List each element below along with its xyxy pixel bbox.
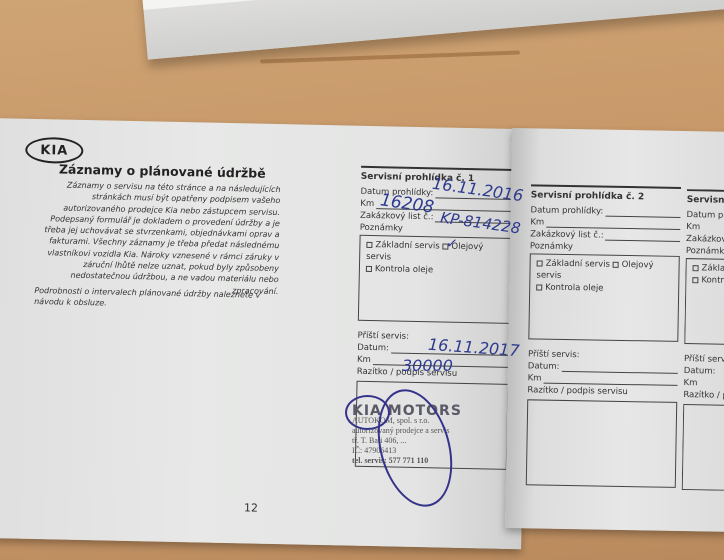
oil-check-label: Kontrola oleje	[701, 275, 724, 286]
checkbox	[537, 260, 543, 266]
km-label: Km	[530, 217, 544, 227]
checkbox	[536, 284, 542, 290]
form-rule	[687, 189, 724, 194]
next-km-label: Km	[528, 373, 542, 383]
oil-check-label: Kontrola oleje	[375, 264, 433, 275]
service-form-2: Servisní prohlídka č. 2 Datum prohlídky:…	[526, 184, 681, 488]
notes-box: Základní servis Olejový servis Kontrola …	[528, 253, 679, 342]
notes-label: Poznámky	[360, 223, 403, 234]
date-label: Datum prohlídky:	[686, 210, 724, 221]
next-label: Příští servis:	[528, 349, 580, 360]
basic-service-label: Základní servis	[546, 259, 611, 270]
checkbox	[366, 241, 372, 247]
oil-check-label: Kontrola oleje	[545, 283, 603, 294]
page-title: Záznamy o plánované údržbě	[59, 161, 266, 180]
basic-service-label: Základní servis	[375, 240, 440, 251]
form-rule	[531, 184, 681, 189]
notes-box: Základní servis Olejový servis Kontrola …	[358, 235, 512, 324]
form-rule	[361, 166, 513, 171]
next-date-label: Datum:	[357, 343, 389, 354]
note-text: Podrobnosti o intervalech plánované údrž…	[34, 285, 274, 313]
box-top: KIA	[140, 0, 472, 10]
signature-loop-small	[345, 395, 390, 430]
basic-service-label: Základní servis	[701, 263, 724, 274]
notes-box: Základní servis Kontrola oleje	[684, 258, 724, 347]
notes-label: Poznámky	[686, 246, 724, 257]
next-date-label: Datum:	[684, 366, 716, 377]
handwritten-check: ✓	[445, 235, 459, 252]
checkbox	[692, 277, 698, 283]
stamp-label: Razítko / podpis servisu	[683, 390, 724, 402]
next-label: Příští servis:	[357, 331, 409, 342]
stamp-row: Razítko / podpis servisu	[683, 388, 724, 403]
handwritten-next-km: 30000	[402, 356, 453, 375]
next-date-label: Datum:	[528, 361, 560, 372]
date-line	[605, 209, 680, 218]
stamp-box	[526, 399, 677, 488]
order-label: Zakázkový list č.:	[530, 229, 604, 240]
checkbox	[366, 265, 372, 271]
kia-logo: KIA	[25, 137, 84, 164]
service-form-3: Servisní proh... Datum prohlídky: Km Zak…	[682, 189, 724, 493]
next-km-label: Km	[357, 355, 371, 365]
next-km-label: Km	[683, 378, 697, 388]
km-label: Km	[360, 199, 374, 209]
checkbox	[613, 261, 619, 267]
order-line	[606, 233, 681, 242]
km-label: Km	[686, 222, 700, 232]
page-number: 12	[244, 501, 258, 514]
order-label: Zakázkový list č.:	[686, 234, 724, 245]
stamp-label: Razítko / podpis servisu	[527, 385, 628, 397]
box-logo: KIA	[176, 0, 242, 8]
right-page: Servisní prohlídka č. 2 Datum prohlídky:…	[505, 128, 724, 532]
notes-label: Poznámky	[530, 241, 573, 252]
intro-text: Záznamy o servisu na této stránce a na n…	[38, 179, 280, 297]
form-heading: Servisní prohlídka č. 2	[531, 190, 681, 203]
stamp-box	[682, 404, 724, 493]
date-label: Datum prohlídky:	[530, 205, 603, 216]
form-heading: Servisní proh...	[687, 195, 724, 208]
checkbox	[693, 265, 699, 271]
notes-label-row: Poznámky	[686, 244, 724, 259]
next-label: Příští servis:	[684, 354, 724, 365]
